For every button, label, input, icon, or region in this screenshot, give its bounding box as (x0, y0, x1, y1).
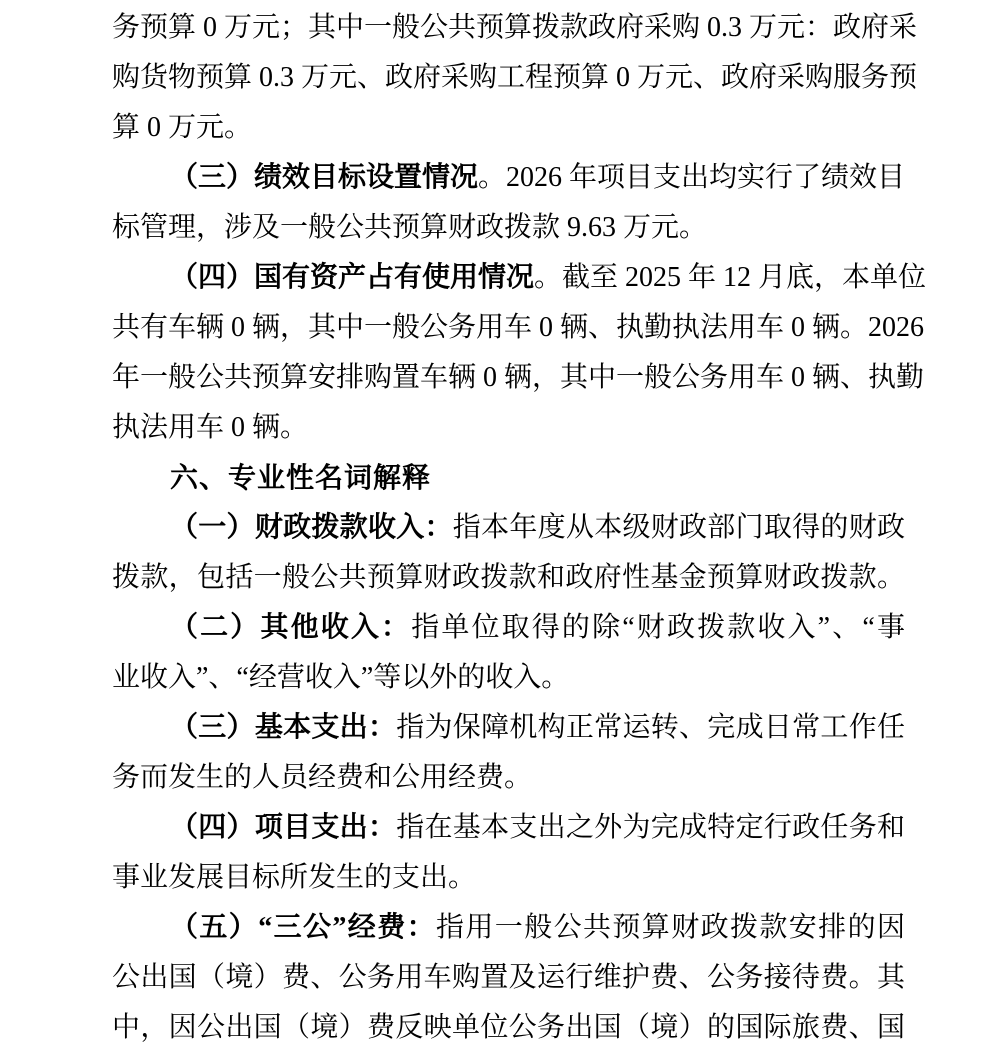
text-line: （五）“三公”经费：指用一般公共预算财政拨款安排的因 (112, 903, 905, 953)
bold-lead-run: （四）项目支出： (170, 812, 396, 843)
document-page: 务预算 0 万元；其中一般公共预算拨款政府采购 0.3 万元：政府采购货物预算 … (0, 0, 1000, 1053)
text-run: 标管理，涉及一般公共预算财政拨款 9.63 万元。 (112, 212, 707, 243)
bold-lead-run: 六、专业性名词解释 (170, 462, 431, 493)
text-line: （三）绩效目标设置情况。2026 年项目支出均实行了绩效目 (112, 153, 905, 203)
text-line: 业收入”、“经营收入”等以外的收入。 (112, 653, 905, 703)
text-run: 指单位取得的除“财政拨款收入”、“事 (411, 612, 905, 643)
text-line: 购货物预算 0.3 万元、政府采购工程预算 0 万元、政府采购服务预 (112, 53, 905, 103)
text-line: 算 0 万元。 (112, 103, 905, 153)
text-run: 指在基本支出之外为完成特定行政任务和 (396, 812, 905, 843)
text-run: 指为保障机构正常运转、完成日常工作任 (396, 712, 905, 743)
text-run: 事业发展目标所发生的支出。 (112, 862, 476, 893)
text-line: 务而发生的人员经费和公用经费。 (112, 753, 905, 803)
text-line: （三）基本支出：指为保障机构正常运转、完成日常工作任 (112, 703, 905, 753)
text-run: 执法用车 0 辆。 (112, 412, 308, 443)
text-line: （一）财政拨款收入：指本年度从本级财政部门取得的财政 (112, 503, 905, 553)
text-line: 标管理，涉及一般公共预算财政拨款 9.63 万元。 (112, 203, 905, 253)
text-line: 拨款，包括一般公共预算财政拨款和政府性基金预算财政拨款。 (112, 553, 905, 603)
bold-lead-run: （一）财政拨款收入： (170, 512, 453, 543)
text-run: 指本年度从本级财政部门取得的财政 (453, 512, 905, 543)
text-line: （四）国有资产占有使用情况。截至 2025 年 12 月底，本单位 (112, 253, 905, 303)
text-line: （二）其他收入：指单位取得的除“财政拨款收入”、“事 (112, 603, 905, 653)
text-line: 事业发展目标所发生的支出。 (112, 853, 905, 903)
text-line: 务预算 0 万元；其中一般公共预算拨款政府采购 0.3 万元：政府采 (112, 3, 905, 53)
text-run: 购货物预算 0.3 万元、政府采购工程预算 0 万元、政府采购服务预 (112, 62, 917, 93)
bold-lead-run: （五）“三公”经费： (170, 912, 436, 943)
text-line: 年一般公共预算安排购置车辆 0 辆，其中一般公务用车 0 辆、执勤 (112, 353, 905, 403)
text-run: 算 0 万元。 (112, 112, 252, 143)
text-line: 执法用车 0 辆。 (112, 403, 905, 453)
text-run: 。2026 年项目支出均实行了绩效目 (478, 162, 905, 193)
text-run: 业收入”、“经营收入”等以外的收入。 (112, 662, 569, 693)
section-heading: 六、专业性名词解释 (112, 453, 905, 503)
text-run: 公出国（境）费、公务用车购置及运行维护费、公务接待费。其 (112, 962, 905, 993)
bold-lead-run: （三）绩效目标设置情况 (170, 162, 478, 193)
text-run: 拨款，包括一般公共预算财政拨款和政府性基金预算财政拨款。 (112, 562, 905, 593)
bold-lead-run: （三）基本支出： (170, 712, 396, 743)
text-run: 指用一般公共预算财政拨款安排的因 (436, 912, 905, 943)
text-line: 中，因公出国（境）费反映单位公务出国（境）的国际旅费、国 (112, 1003, 905, 1053)
text-line: 公出国（境）费、公务用车购置及运行维护费、公务接待费。其 (112, 953, 905, 1003)
text-run: 务预算 0 万元；其中一般公共预算拨款政府采购 0.3 万元：政府采 (112, 12, 917, 43)
bold-lead-run: （四）国有资产占有使用情况 (170, 262, 534, 293)
document-body: 务预算 0 万元；其中一般公共预算拨款政府采购 0.3 万元：政府采购货物预算 … (112, 3, 905, 1053)
text-run: 务而发生的人员经费和公用经费。 (112, 762, 532, 793)
text-line: （四）项目支出：指在基本支出之外为完成特定行政任务和 (112, 803, 905, 853)
text-run: 中，因公出国（境）费反映单位公务出国（境）的国际旅费、国 (112, 1012, 905, 1043)
bold-lead-run: （二）其他收入： (170, 612, 411, 643)
text-line: 共有车辆 0 辆，其中一般公务用车 0 辆、执勤执法用车 0 辆。2026 (112, 303, 905, 353)
text-run: 年一般公共预算安排购置车辆 0 辆，其中一般公务用车 0 辆、执勤 (112, 362, 924, 393)
text-run: 共有车辆 0 辆，其中一般公务用车 0 辆、执勤执法用车 0 辆。2026 (112, 312, 924, 343)
text-run: 。截至 2025 年 12 月底，本单位 (534, 262, 926, 293)
